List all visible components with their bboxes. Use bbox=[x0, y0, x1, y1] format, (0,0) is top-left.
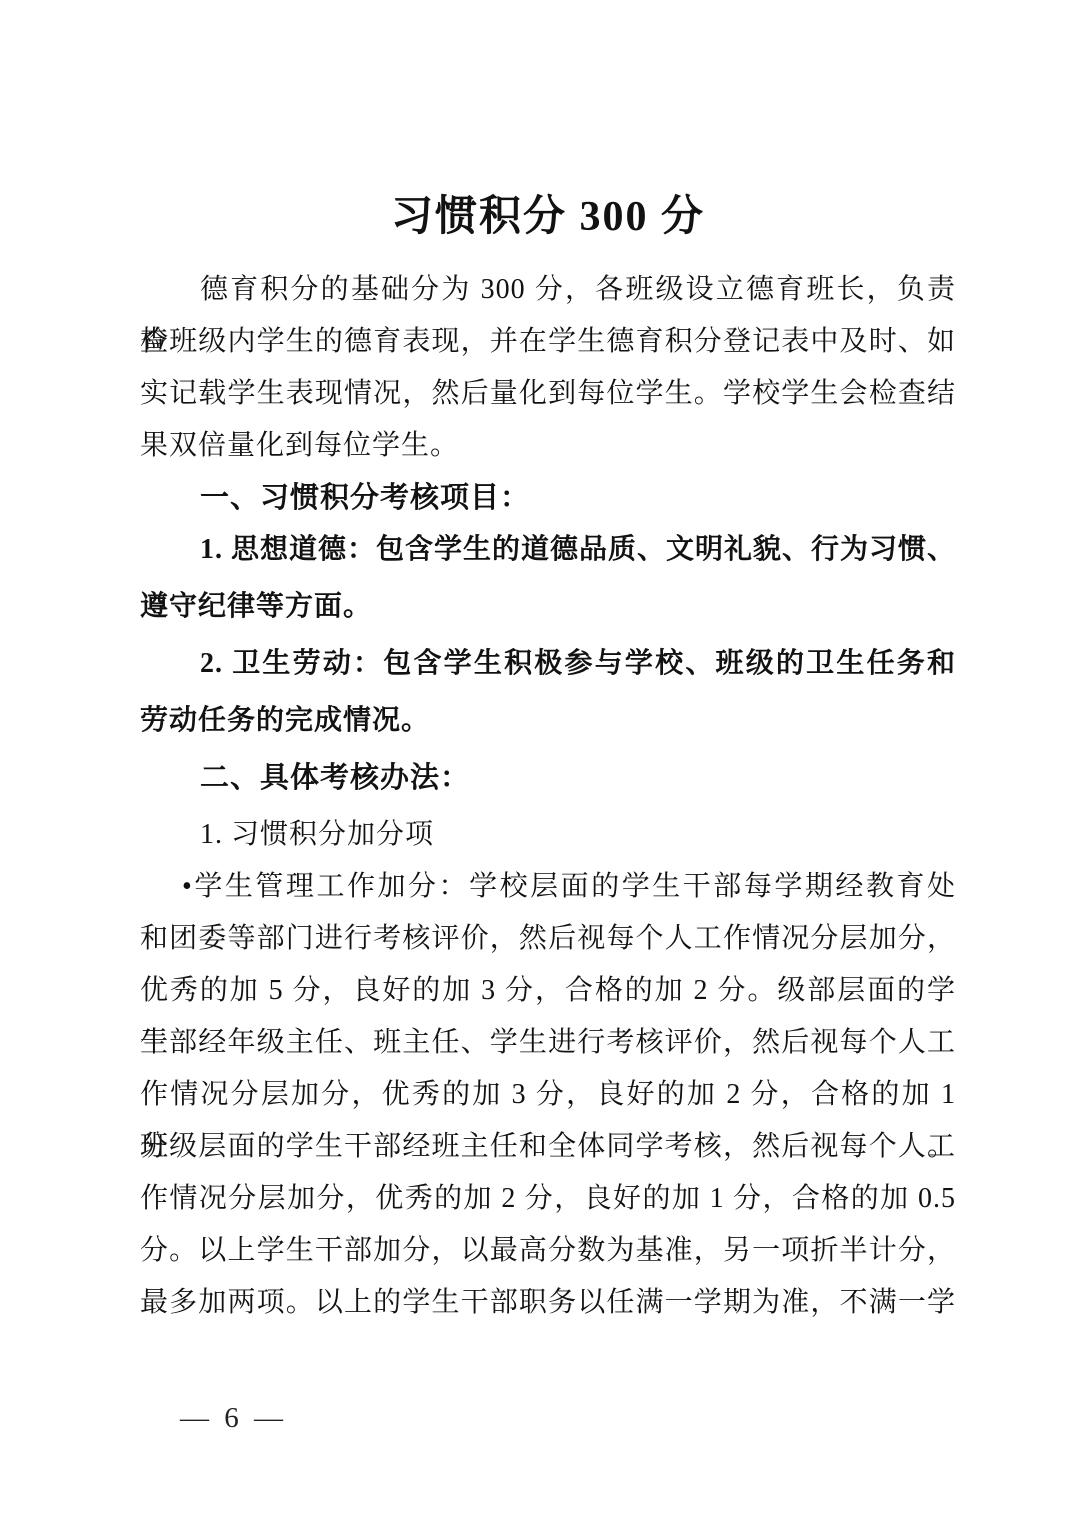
bullet-line: •学生管理工作加分：学校层面的学生干部每学期经教育处 bbox=[140, 861, 956, 913]
text-line: 1. 习惯积分加分项 bbox=[140, 809, 956, 861]
section-heading-2: 二、具体考核办法： bbox=[140, 752, 956, 804]
text-line: 干部经年级主任、班主任、学生进行考核评价，然后视每个人工 bbox=[140, 1017, 956, 1069]
text-line: 实记载学生表现情况，然后量化到每位学生。学校学生会检查结 bbox=[140, 368, 956, 420]
text-line: 最多加两项。以上的学生干部职务以任满一学期为准，不满一学 bbox=[140, 1277, 956, 1329]
document-body: 习惯积分 300 分 德育积分的基础分为 300 分，各班级设立德育班长，负责检… bbox=[140, 188, 956, 1329]
page-number: — 6 — bbox=[180, 1398, 287, 1438]
text-line: 优秀的加 5 分，良好的加 3 分，合格的加 2 分。级部层面的学生 bbox=[140, 965, 956, 1017]
text-line: 1. 思想道德：包含学生的道德品质、文明礼貌、行为习惯、 bbox=[140, 524, 956, 576]
text-line: 班级层面的学生干部经班主任和全体同学考核，然后视每个人工 bbox=[140, 1121, 956, 1173]
section-heading-1: 一、习惯积分考核项目： bbox=[140, 472, 956, 524]
text-line: 和团委等部门进行考核评价，然后视每个人工作情况分层加分， bbox=[140, 913, 956, 965]
text-line: 德育积分的基础分为 300 分，各班级设立德育班长，负责检 bbox=[140, 264, 956, 316]
text-line: 遵守纪律等方面。 bbox=[140, 581, 956, 633]
document-title: 习惯积分 300 分 bbox=[140, 188, 956, 246]
text-line: 查班级内学生的德育表现，并在学生德育积分登记表中及时、如 bbox=[140, 316, 956, 368]
text-line: 作情况分层加分，优秀的加 3 分，良好的加 2 分，合格的加 1 分。 bbox=[140, 1069, 956, 1121]
text-line: 分。以上学生干部加分，以最高分数为基准，另一项折半计分， bbox=[140, 1225, 956, 1277]
document-page: 习惯积分 300 分 德育积分的基础分为 300 分，各班级设立德育班长，负责检… bbox=[0, 0, 1080, 1527]
text-line: 劳动任务的完成情况。 bbox=[140, 695, 956, 747]
text-line: 果双倍量化到每位学生。 bbox=[140, 420, 956, 472]
text-line: 2. 卫生劳动：包含学生积极参与学校、班级的卫生任务和 bbox=[140, 638, 956, 690]
text-line: 作情况分层加分，优秀的加 2 分，良好的加 1 分，合格的加 0.5 bbox=[140, 1173, 956, 1225]
